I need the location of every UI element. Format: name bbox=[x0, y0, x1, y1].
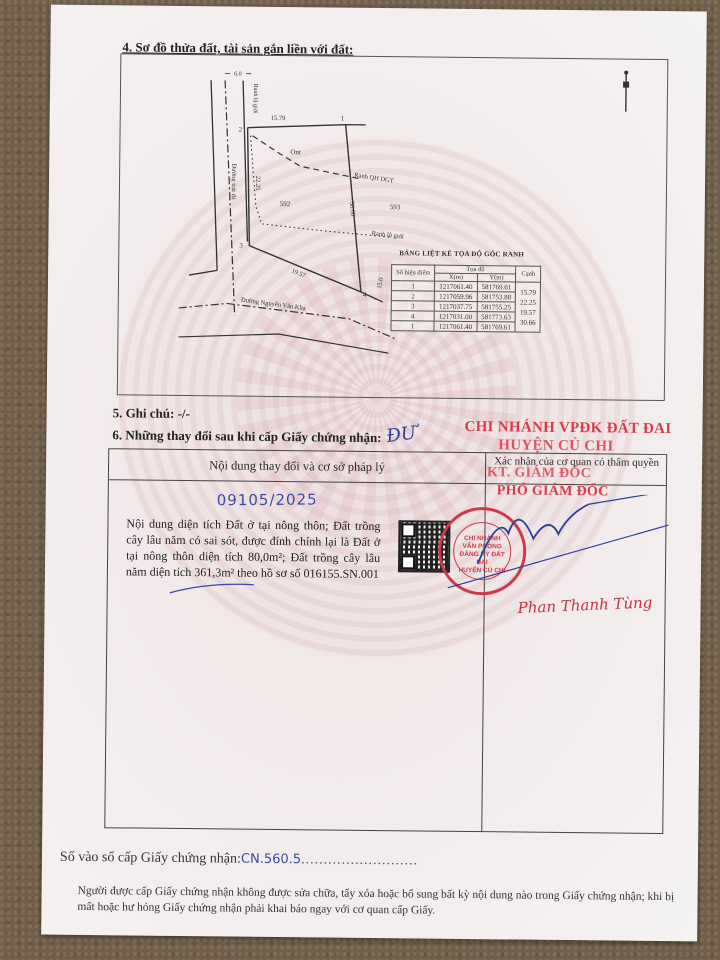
handwritten-date: 09105/2025 bbox=[217, 491, 318, 510]
svg-text:1: 1 bbox=[341, 115, 345, 123]
edge-cell: 15.79 22.25 19.57 30.66 bbox=[515, 282, 540, 332]
y-cell: 581769.61 bbox=[477, 282, 516, 292]
x-cell: 1217061.40 bbox=[435, 281, 477, 291]
setback-label: 15.0 bbox=[376, 277, 385, 289]
edge-1-2: 15.79 bbox=[271, 115, 286, 122]
parcel-map: 6.0 Ranh lộ giới Đường trải đá 1 2 3 4 1… bbox=[117, 53, 669, 401]
point-cell: 2 bbox=[391, 291, 434, 301]
registry-label: Số vào sổ cấp Giấy chứng nhận: bbox=[60, 850, 241, 867]
change-content: Nội dung diện tích Đất ở tại nông thôn; … bbox=[126, 515, 381, 582]
edge-value: 15.79 bbox=[520, 287, 536, 297]
changes-table: Nội dung thay đổi và cơ sở pháp lý Xác n… bbox=[104, 448, 667, 834]
svg-text:4: 4 bbox=[363, 291, 367, 299]
header-edge: Cạnh bbox=[516, 266, 541, 282]
content-column-header: Nội dung thay đổi và cơ sở pháp lý bbox=[109, 457, 485, 476]
north-arrow-icon bbox=[623, 71, 629, 112]
boundary-label-top: Ranh lộ giới bbox=[252, 84, 258, 114]
edge-4-1: 30.66 bbox=[348, 201, 356, 217]
boundary-label-right: Ranh lộ giới bbox=[371, 230, 404, 241]
edge-2-3: 22.25 bbox=[254, 176, 261, 191]
registry-value: CN.560.5 bbox=[241, 852, 301, 868]
y-cell: 581769.61 bbox=[477, 322, 516, 332]
disclaimer-text: Người được cấp Giấy chứng nhận không đượ… bbox=[77, 883, 677, 921]
registry-line: Số vào sổ cấp Giấy chứng nhận:CN.560.5..… bbox=[60, 850, 418, 870]
edge-value: 22.25 bbox=[520, 297, 536, 307]
header-point: Số hiệu điểm bbox=[392, 265, 435, 281]
y-cell: 581753.88 bbox=[477, 292, 516, 302]
dotted-leader: .......................... bbox=[301, 852, 418, 868]
point-cell: 1 bbox=[391, 321, 434, 331]
parcel-593: 593 bbox=[390, 203, 401, 211]
road-width-label: 6.0 bbox=[234, 72, 242, 78]
x-cell: 1217059.96 bbox=[435, 291, 477, 301]
side-road-label: Đường trải đá bbox=[230, 163, 237, 199]
pen-stroke bbox=[168, 578, 258, 599]
coord-table-title: BẢNG LIỆT KÊ TỌA ĐỘ GÓC RANH bbox=[399, 249, 524, 258]
land-certificate-page: 4. Sơ đồ thửa đất, tài sản gắn liền với … bbox=[41, 5, 707, 942]
edge-value: 19.57 bbox=[520, 307, 536, 317]
svg-text:3: 3 bbox=[239, 242, 243, 250]
svg-text:2: 2 bbox=[239, 126, 243, 134]
parcel-592: 592 bbox=[280, 200, 291, 208]
coordinate-table: Số hiệu điểm Tọa độ Cạnh X(m) Y(m) 1 121… bbox=[390, 264, 541, 333]
section6-title: 6. Những thay đổi sau khi cấp Giấy chứng… bbox=[112, 427, 381, 446]
initial-mark: ĐƯ bbox=[385, 422, 417, 447]
section5-note: 5. Ghi chú: -/- bbox=[113, 405, 190, 422]
land-type-ont: Ont bbox=[290, 148, 301, 156]
point-cell: 4 bbox=[391, 311, 434, 321]
point-cell: 3 bbox=[391, 301, 434, 311]
point-cell: 1 bbox=[391, 281, 434, 291]
x-cell: 1217031.00 bbox=[434, 311, 476, 321]
main-road-label: Đường Nguyễn Văn Khạ bbox=[241, 297, 307, 313]
director-signature bbox=[438, 493, 679, 596]
y-cell: 581755.25 bbox=[477, 302, 516, 312]
planning-line-label: Ranh QH DGT bbox=[354, 172, 394, 185]
edge-value: 30.66 bbox=[520, 317, 536, 327]
y-cell: 581773.63 bbox=[477, 312, 516, 322]
signer-name: Phan Thanh Tùng bbox=[517, 593, 652, 617]
stamp-kt-director: KT. GIÁM ĐỐC bbox=[487, 465, 591, 482]
edge-3-4: 19.57 bbox=[290, 268, 307, 280]
parcel-sketch: 6.0 Ranh lộ giới Đường trải đá 1 2 3 4 1… bbox=[118, 54, 668, 400]
x-cell: 1217061.40 bbox=[434, 321, 476, 331]
stamp-office-title: CHI NHÁNH VPĐK ĐẤT ĐAI bbox=[464, 419, 671, 438]
x-cell: 1217037.75 bbox=[435, 301, 477, 311]
